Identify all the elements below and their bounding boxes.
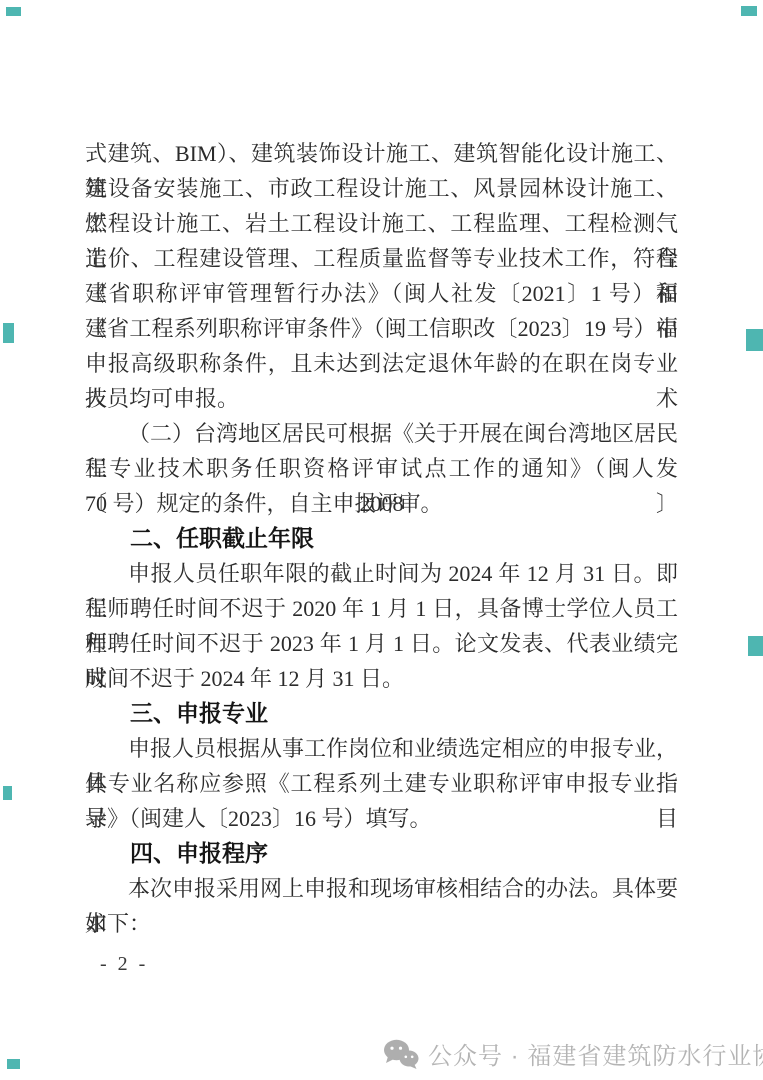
document-line: 申报高级职称条件，且未达到法定退休年龄的在职在岗专业技术	[85, 346, 678, 381]
document-line: 申报人员任职年限的截止时间为 2024 年 12 月 31 日。即工	[85, 556, 678, 591]
document-line: 筑设备安装施工、市政工程设计施工、风景园林设计施工、燃气	[85, 171, 678, 206]
scan-mark	[7, 1059, 20, 1069]
watermark-footer: 公众号 · 福建省建筑防水行业协会	[383, 1036, 763, 1071]
document-line: （二）台湾地区居民可根据《关于开展在闽台湾地区居民工	[85, 416, 678, 451]
document-line: 申报人员根据从事工作岗位和业绩选定相应的申报专业，具	[85, 731, 678, 766]
document-page: 式建筑、BIM）、建筑装饰设计施工、建筑智能化设计施工、建 筑设备安装施工、市政…	[0, 0, 763, 1080]
document-line: 工程设计施工、岩土工程设计施工、工程监理、工程检测、工程	[85, 206, 678, 241]
watermark-text: 公众号 · 福建省建筑防水行业协会	[428, 1036, 763, 1071]
page-number: - 2 -	[100, 953, 148, 976]
document-body: 式建筑、BIM）、建筑装饰设计施工、建筑智能化设计施工、建 筑设备安装施工、市政…	[85, 136, 678, 941]
document-line: 造价、工程建设管理、工程质量监督等专业技术工作，符合《福	[85, 241, 678, 276]
document-line: 体专业名称应参照《工程系列土建专业职称评审申报专业指导目	[85, 766, 678, 801]
document-line: 时间不迟于 2024 年 12 月 31 日。	[85, 661, 678, 696]
scan-mark	[3, 323, 14, 343]
section-heading-2: 二、任职截止年限	[85, 521, 678, 556]
section-heading-4: 四、申报程序	[85, 836, 678, 871]
scan-mark	[6, 7, 21, 16]
scan-mark	[741, 6, 757, 16]
wechat-icon	[383, 1039, 419, 1069]
document-line: 本次申报采用网上申报和现场审核相结合的办法。具体要求	[85, 871, 678, 906]
scan-mark	[746, 329, 763, 351]
document-line: 式建筑、BIM）、建筑装饰设计施工、建筑智能化设计施工、建	[85, 136, 678, 171]
scan-mark	[748, 636, 763, 656]
document-line: 程师聘任时间不迟于 2020 年 1 月 1 日，具备博士学位人员工程	[85, 591, 678, 626]
scan-mark	[3, 786, 12, 800]
section-heading-3: 三、申报专业	[85, 696, 678, 731]
document-line: 程专业技术职务任职资格评审试点工作的通知》（闽人发〔2008〕	[85, 451, 678, 486]
document-line: 如下：	[85, 906, 678, 941]
document-line: 建省职称评审管理暂行办法》（闽人社发〔2021〕1 号）和《福	[85, 276, 678, 311]
document-line: 师聘任时间不迟于 2023 年 1 月 1 日。论文发表、代表业绩完成	[85, 626, 678, 661]
document-line: 建省工程系列职称评审条件》（闽工信职改〔2023〕19 号）中	[85, 311, 678, 346]
